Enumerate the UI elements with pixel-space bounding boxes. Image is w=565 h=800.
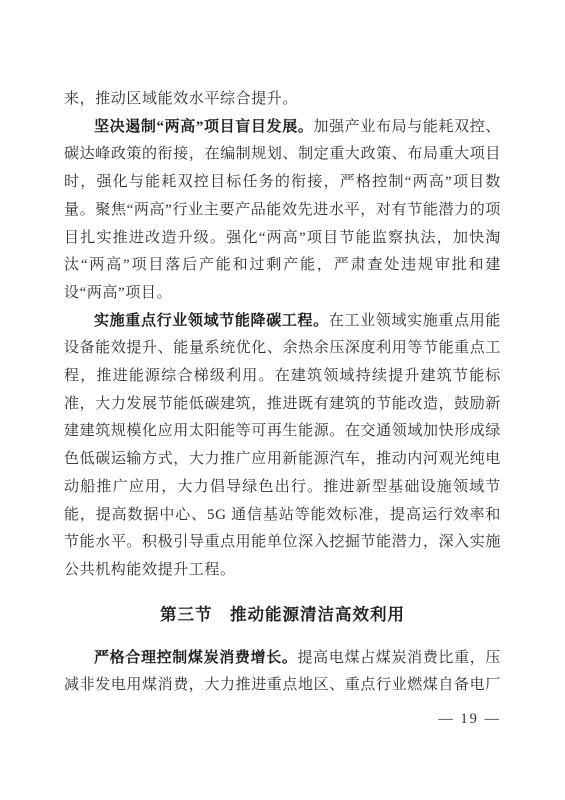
paragraph-text: 在工业领域实施重点用能设备能效提升、能量系统优化、余热余压深度利用等节能重点工程… <box>64 313 501 578</box>
section-heading: 第三节 推动能源清洁高效利用 <box>64 601 501 629</box>
paragraph-two-high-projects: 坚决遏制“两高”项目盲目发展。加强产业布局与能耗双控、碳达峰政策的衔接，在编制规… <box>64 114 501 308</box>
paragraph-text: 加强产业布局与能耗双控、碳达峰政策的衔接，在编制规划、制定重大政策、布局重大项目… <box>64 119 501 301</box>
paragraph-region-efficiency: 来，推动区域能效水平综合提升。 <box>64 86 501 114</box>
paragraph-lead: 实施重点行业领域节能降碳工程。 <box>94 313 329 329</box>
document-page: 来，推动区域能效水平综合提升。 坚决遏制“两高”项目盲目发展。加强产业布局与能耗… <box>0 0 565 800</box>
page-number: — 19 — <box>438 711 501 728</box>
paragraph-energy-saving-projects: 实施重点行业领域节能降碳工程。在工业领域实施重点用能设备能效提升、能量系统优化、… <box>64 308 501 585</box>
paragraph-lead: 严格合理控制煤炭消费增长。 <box>94 650 298 666</box>
page-content: 来，推动区域能效水平综合提升。 坚决遏制“两高”项目盲目发展。加强产业布局与能耗… <box>64 86 501 700</box>
paragraph-lead: 坚决遏制“两高”项目盲目发展。 <box>94 119 313 135</box>
paragraph-text: 来，推动区域能效水平综合提升。 <box>64 91 298 107</box>
paragraph-coal-consumption: 严格合理控制煤炭消费增长。提高电煤占煤炭消费比重，压减非发电用煤消费，大力推进重… <box>64 645 501 700</box>
